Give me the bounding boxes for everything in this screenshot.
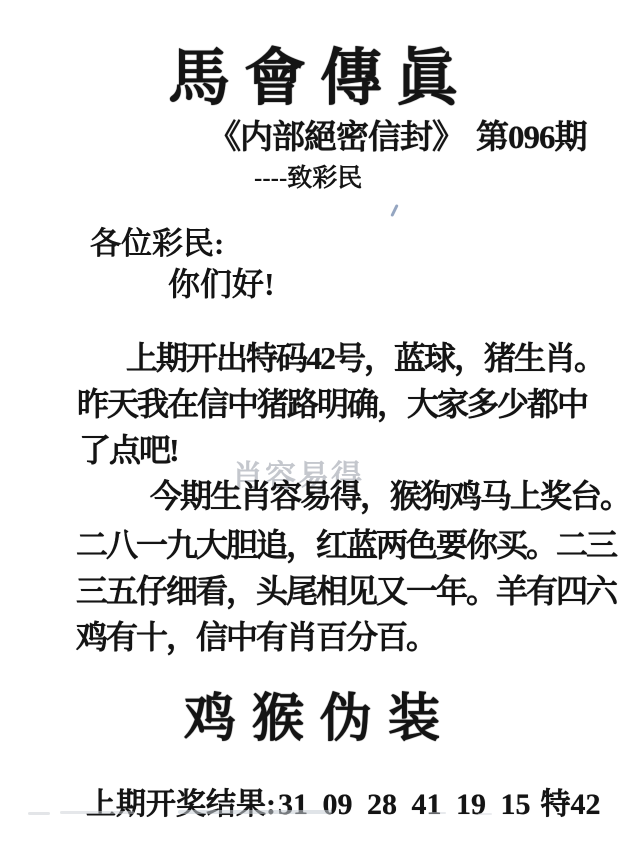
result-line: 上期开奖结果:31 09 28 41 19 15特42 — [86, 788, 601, 823]
subtitle-line: 《内部絕密信封》第096期 — [208, 120, 587, 158]
masthead-title: 馬會傳眞 — [168, 44, 472, 115]
hello-line: 你们好! — [168, 266, 275, 303]
dedication-line: ----致彩民 — [254, 165, 362, 194]
letter-line: 鸡有十，信中有肖百分百。 — [76, 619, 436, 656]
envelope-label: 《内部絕密信封》 — [208, 120, 464, 156]
scan-smudge — [178, 810, 332, 814]
greeting-line: 各位彩民: — [90, 226, 224, 262]
result-label: 上期开奖结果: — [86, 788, 276, 821]
scan-smudge — [428, 812, 446, 814]
blue-ink-blemish — [390, 204, 398, 217]
special-number: 42 — [571, 788, 601, 821]
special-label: 特 — [541, 788, 571, 821]
letter-line: 昨天我在信中猪路明确，大家多少都中 — [77, 386, 587, 423]
letter-line: 今期生肖容易得，猴狗鸡马上奖台。 — [150, 478, 630, 515]
scan-smudge — [28, 812, 50, 815]
scan-smudge — [60, 811, 134, 814]
scanned-fax-letter: 馬會傳眞 《内部絕密信封》第096期 ----致彩民 各位彩民: 你们好! 上期… — [0, 0, 640, 853]
issue-number: 第096期 — [476, 120, 587, 156]
scan-smudge — [478, 813, 492, 815]
letter-line: 上期开出特码42号，蓝球，猪生肖。 — [126, 340, 604, 377]
headline-prediction: 鸡猴伪装 — [184, 690, 456, 750]
letter-line: 三五仔细看，头尾相见又一年。羊有四六 — [76, 573, 616, 610]
letter-line: 二八一九大胆追，红蓝两色要你买。二三 — [76, 527, 616, 564]
letter-line: 了点吧! — [79, 432, 178, 469]
result-special: 特42 — [541, 788, 601, 821]
result-numbers: 31 09 28 41 19 15 — [278, 788, 531, 821]
